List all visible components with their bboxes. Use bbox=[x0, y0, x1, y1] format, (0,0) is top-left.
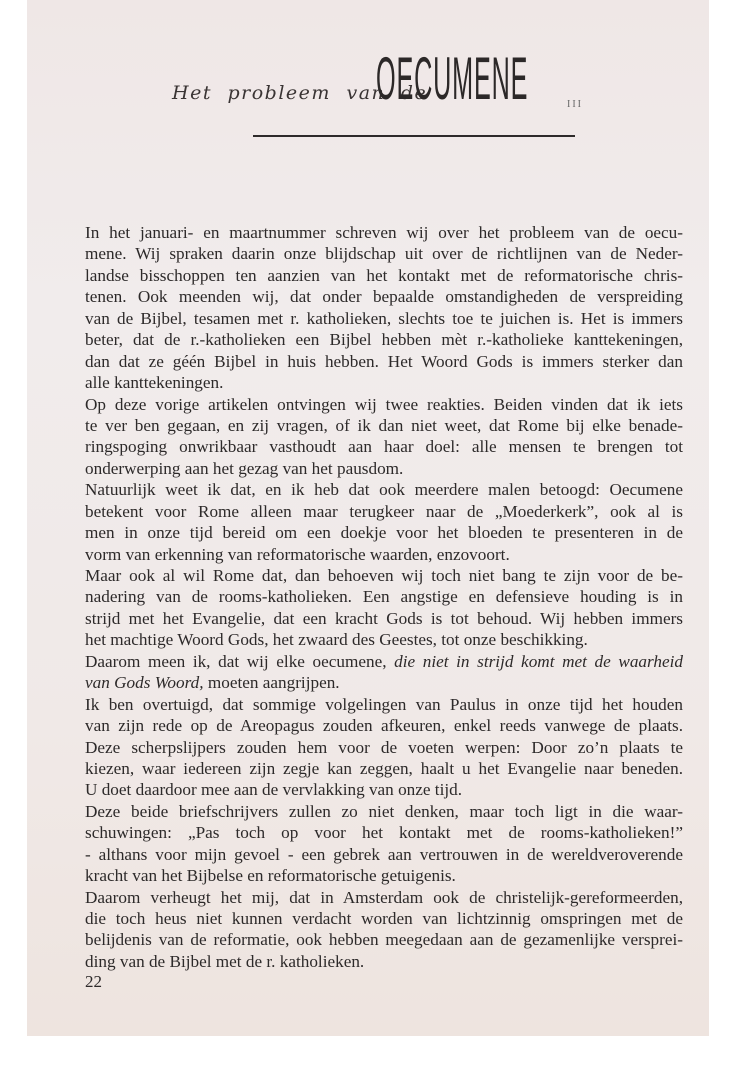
text-line: van de Bijbel, tesamen met r. katholieke… bbox=[85, 308, 683, 329]
text-line: te ver ben gegaan, en zij vragen, of ik … bbox=[85, 415, 683, 436]
text-line: Ik ben overtuigd, dat sommige volgelinge… bbox=[85, 694, 683, 715]
text-line: die toch heus niet kunnen verdacht worde… bbox=[85, 908, 683, 929]
text-line: tenen. Ook meenden wij, dat onder bepaal… bbox=[85, 286, 683, 307]
text-line: U doet daardoor mee aan de vervlakking v… bbox=[85, 779, 683, 800]
text-line: vorm van erkenning van reformatorische w… bbox=[85, 544, 683, 565]
text-line: het machtige Woord Gods, het zwaard des … bbox=[85, 629, 683, 650]
text-line: kiezen, waar iedereen zijn zegje kan zeg… bbox=[85, 758, 683, 779]
text-line: nadering van de rooms-katholieken. Een a… bbox=[85, 586, 683, 607]
text-line: mene. Wij spraken daarin onze blijdschap… bbox=[85, 243, 683, 264]
text-line: Daarom meen ik, dat wij elke oecumene, d… bbox=[85, 651, 683, 672]
article-body: In het januari- en maartnummer schreven … bbox=[85, 222, 683, 972]
text-line: alle kanttekeningen. bbox=[85, 372, 683, 393]
emphasis-text: van Gods Woord, bbox=[85, 673, 204, 692]
text-line: schuwingen: „Pas toch op voor het kontak… bbox=[85, 822, 683, 843]
text-line: belijdenis van de reformatie, ook hebben… bbox=[85, 929, 683, 950]
document-page: Het probleem van de OECUMENE III In het … bbox=[27, 0, 709, 1036]
article-title-main: OECUMENE bbox=[376, 50, 448, 108]
page-number: 22 bbox=[85, 972, 102, 992]
text-line: van Gods Woord, moeten aangrijpen. bbox=[85, 672, 683, 693]
text-line: strijd met het Evangelie, dat een kracht… bbox=[85, 608, 683, 629]
text-line: onderwerping aan het gezag van het pausd… bbox=[85, 458, 683, 479]
text-line: betekent voor Rome alleen maar terugkeer… bbox=[85, 501, 683, 522]
text-line: dan dat ze géén Bijbel in huis hebben. H… bbox=[85, 351, 683, 372]
text-line: kracht van het Bijbelse en reformatorisc… bbox=[85, 865, 683, 886]
text-line: beter, dat de r.-katholieken een Bijbel … bbox=[85, 329, 683, 350]
text-line: ringspoging onwrikbaar vasthoudt aan haa… bbox=[85, 436, 683, 457]
text-line: Maar ook al wil Rome dat, dan behoeven w… bbox=[85, 565, 683, 586]
text-line: van zijn rede op de Areopagus zouden afk… bbox=[85, 715, 683, 736]
title-rule-divider bbox=[253, 135, 575, 137]
text-line: In het januari- en maartnummer schreven … bbox=[85, 222, 683, 243]
text-line: Daarom verheugt het mij, dat in Amsterda… bbox=[85, 887, 683, 908]
text-line: Op deze vorige artikelen ontvingen wij t… bbox=[85, 394, 683, 415]
emphasis-text: die niet in strijd komt met de waarheid bbox=[394, 652, 683, 671]
article-part-number: III bbox=[567, 99, 583, 110]
text-line: Deze beide briefschrijvers zullen zo nie… bbox=[85, 801, 683, 822]
text-line: Natuurlijk weet ik dat, en ik heb dat oo… bbox=[85, 479, 683, 500]
text-line: Deze scherpslijpers zouden hem voor de v… bbox=[85, 737, 683, 758]
text-line: ding van de Bijbel met de r. katholieken… bbox=[85, 951, 683, 972]
text-line: men in onze tijd bereid om een doekje vo… bbox=[85, 522, 683, 543]
text-line: - althans voor mijn gevoel - een gebrek … bbox=[85, 844, 683, 865]
text-line: landse bisschoppen ten aanzien van het k… bbox=[85, 265, 683, 286]
